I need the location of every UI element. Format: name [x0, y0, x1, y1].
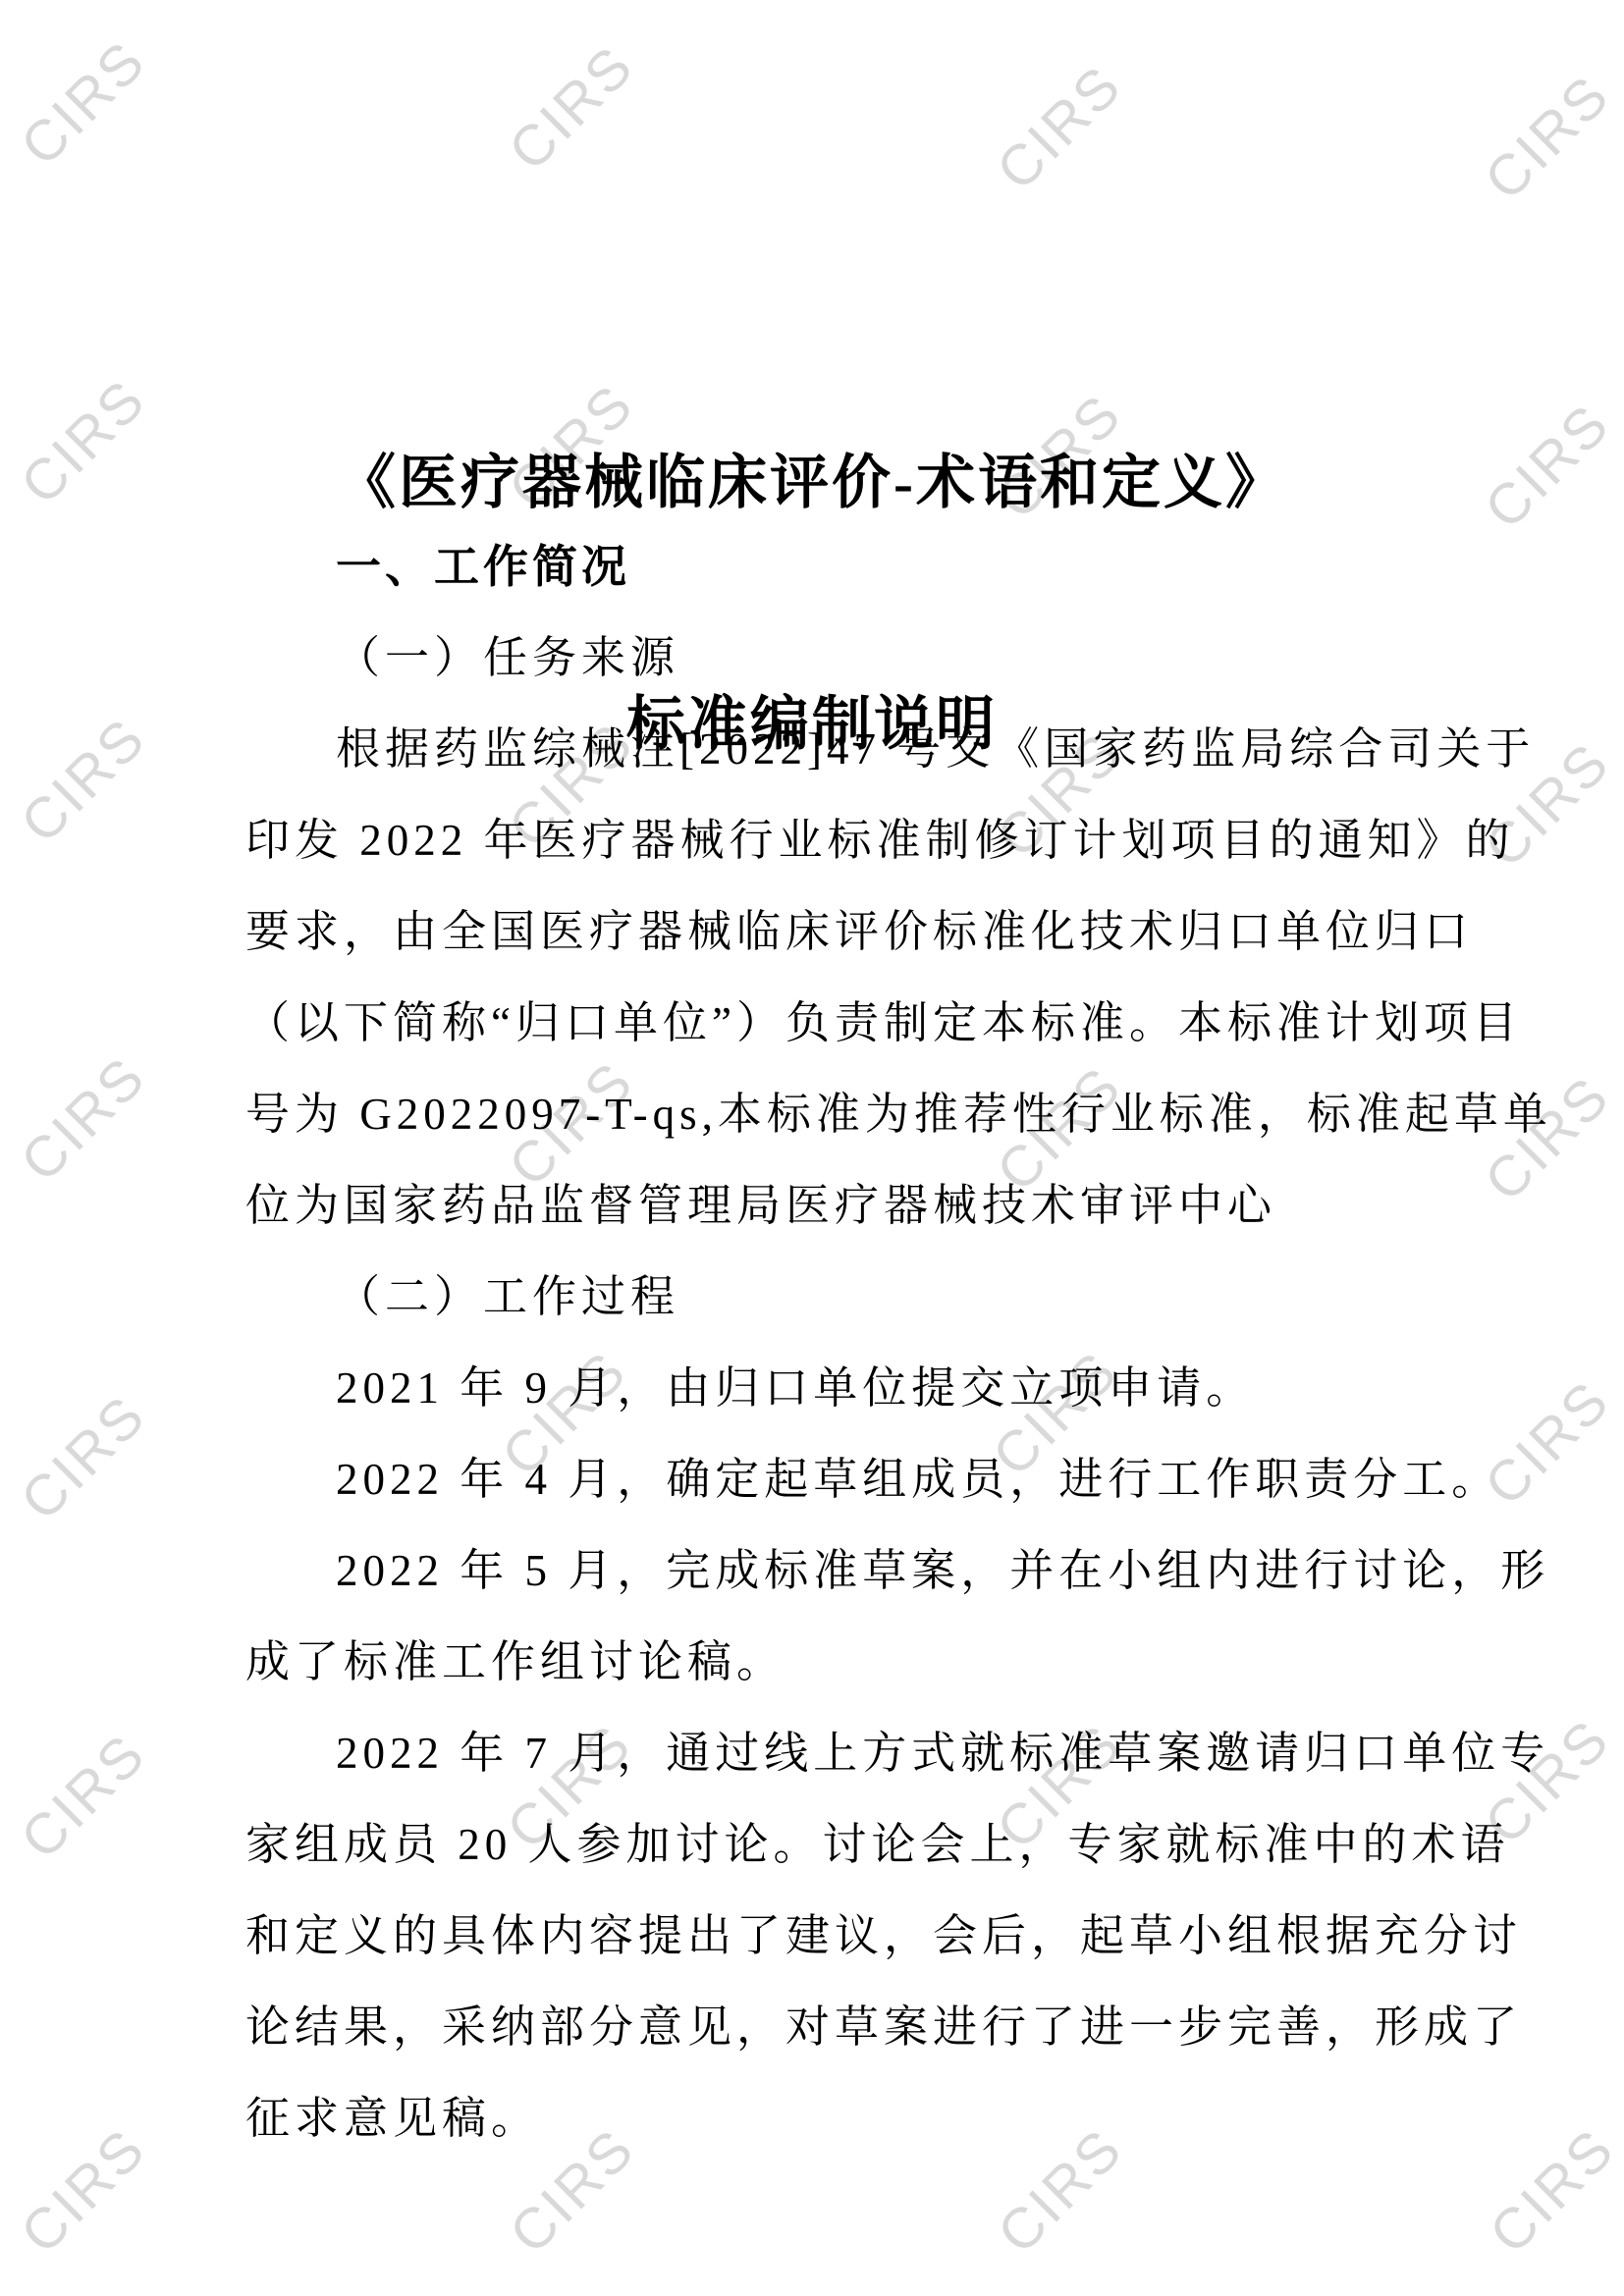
- text-line: （以下简称“归口单位”）负责制定本标准。本标准计划项目: [245, 978, 1624, 1069]
- cirs-watermark: CIRS: [8, 27, 159, 179]
- text-line: 论结果，采纳部分意见，对草案进行了进一步完善，形成了: [245, 1982, 1624, 2073]
- document-page: { "watermark": { "text": "CIRS", "color"…: [0, 0, 1624, 2296]
- text-line: 2022 年 5 月，完成标准草案，并在小组内进行讨论，形: [245, 1525, 1624, 1617]
- cirs-watermark: CIRS: [8, 1721, 159, 1872]
- text-line: 印发 2022 年医疗器械行业标准制修订计划项目的通知》的: [245, 795, 1624, 886]
- document-title-line-1: 《医疗器械临床评价-术语和定义》: [0, 443, 1624, 523]
- text-line: 根据药监综械注[2022]47 号文《国家药监局综合司关于: [245, 704, 1624, 795]
- text-line: 成了标准工作组讨论稿。: [245, 1617, 1624, 1708]
- text-line: 征求意见稿。: [245, 2073, 1624, 2164]
- document-body: 一、工作简况（一）任务来源根据药监综械注[2022]47 号文《国家药监局综合司…: [245, 521, 1624, 2164]
- section-heading: 一、工作简况: [245, 521, 1624, 613]
- cirs-watermark: CIRS: [1472, 62, 1623, 213]
- cirs-watermark: CIRS: [984, 52, 1135, 203]
- cirs-watermark: CIRS: [496, 32, 647, 184]
- text-line: 位为国家药品监督管理局医疗器械技术审评中心: [245, 1160, 1624, 1252]
- cirs-watermark: CIRS: [8, 2115, 159, 2267]
- sub-heading: （二）工作过程: [245, 1252, 1624, 1343]
- text-line: 2022 年 4 月，确定起草组成员，进行工作职责分工。: [245, 1434, 1624, 1525]
- text-line: 要求，由全国医疗器械临床评价标准化技术归口单位归口: [245, 886, 1624, 978]
- sub-heading: （一）任务来源: [245, 613, 1624, 704]
- text-line: 和定义的具体内容提出了建议，会后，起草小组根据充分讨: [245, 1891, 1624, 1982]
- cirs-watermark: CIRS: [8, 1382, 159, 1533]
- text-line: 2021 年 9 月，由归口单位提交立项申请。: [245, 1343, 1624, 1434]
- text-line: 号为 G2022097-T-qs,本标准为推荐性行业标准，标准起草单: [245, 1069, 1624, 1160]
- text-line: 家组成员 20 人参加讨论。讨论会上，专家就标准中的术语: [245, 1799, 1624, 1891]
- text-line: 2022 年 7 月，通过线上方式就标准草案邀请归口单位专: [245, 1708, 1624, 1799]
- a4-page: CIRSCIRSCIRSCIRSCIRSCIRSCIRSCIRSCIRSCIRS…: [0, 0, 1624, 2296]
- cirs-watermark: CIRS: [8, 1043, 159, 1195]
